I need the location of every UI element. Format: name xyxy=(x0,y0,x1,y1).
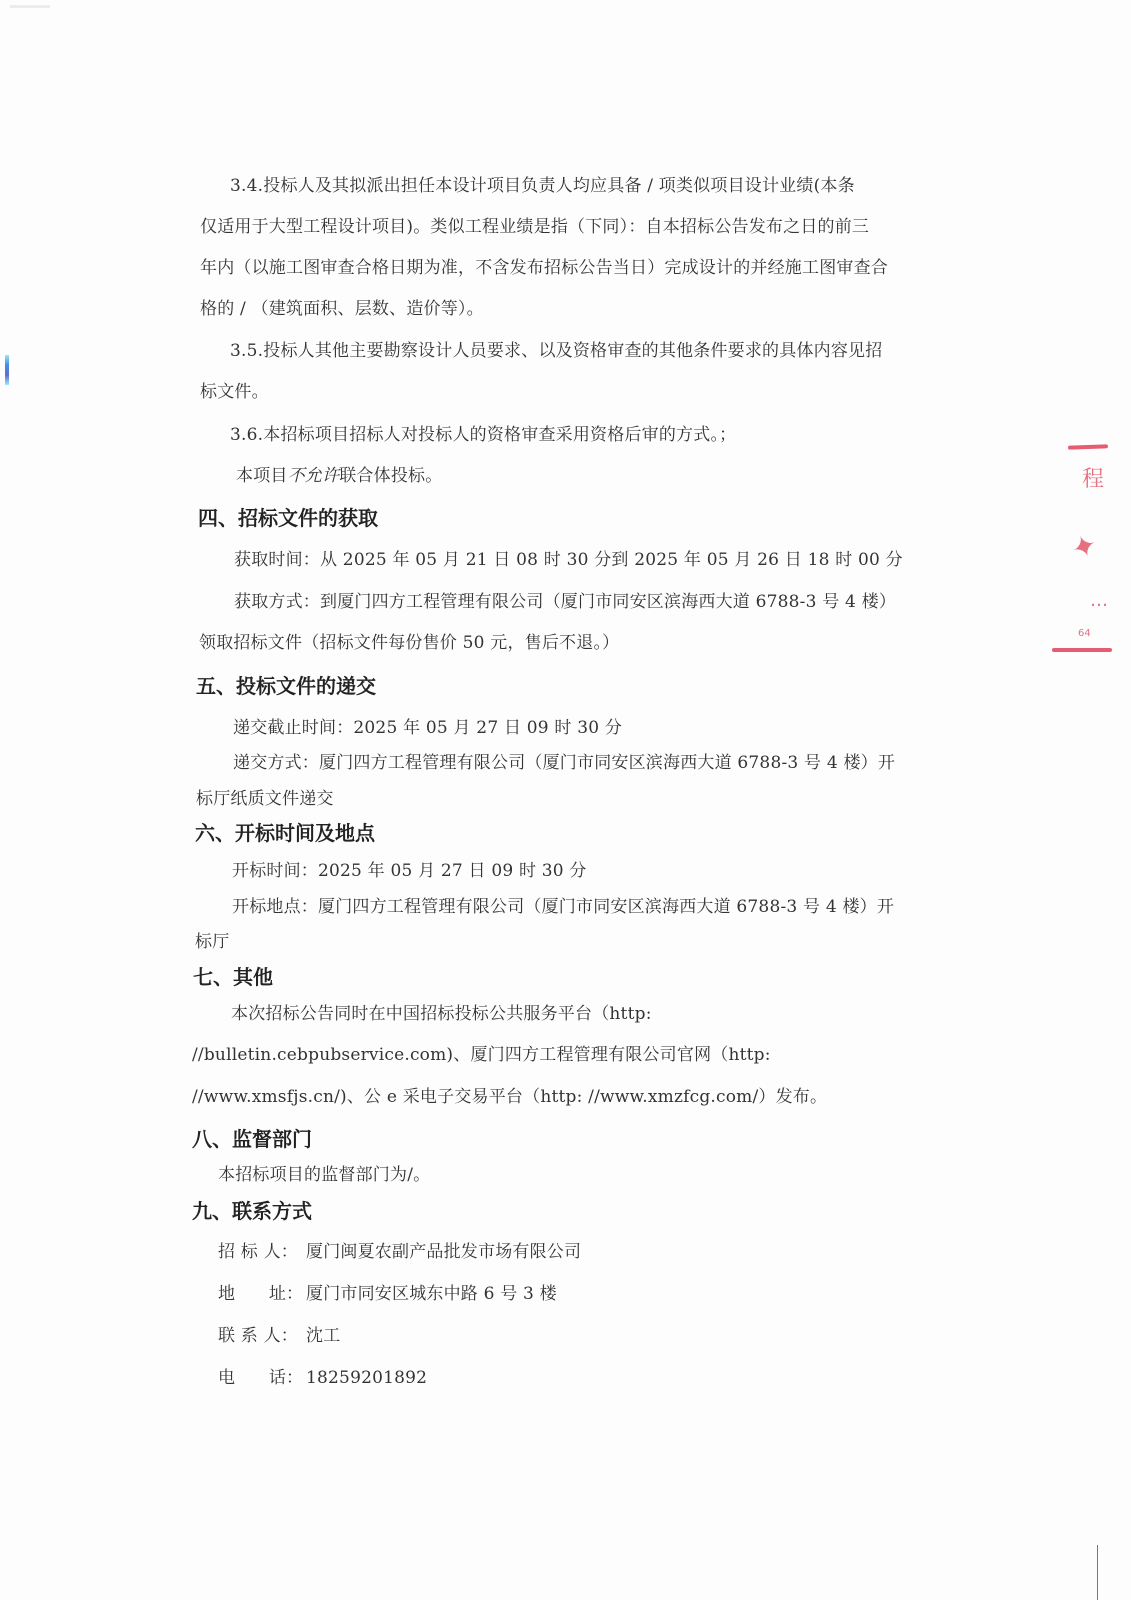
section-8-line-1: 本招标项目的监督部门为/。 xyxy=(218,1164,430,1186)
contact-phone: 电 话：18259201892 xyxy=(218,1367,427,1389)
contact-tenderer-value: 厦门闽夏农副产品批发市场有限公司 xyxy=(306,1242,581,1262)
section-5-line-2: 递交方式：厦门四方工程管理有限公司（厦门市同安区滨海西大道 6788-3 号 4… xyxy=(233,752,895,774)
section-8-heading: 八、监督部门 xyxy=(192,1126,312,1152)
para-3-4-line-3: 年内（以施工图审查合格日期为准，不含发布招标公告当日）完成设计的并经施工图审查合 xyxy=(200,257,888,279)
section-5-line-3: 标厅纸质文件递交 xyxy=(196,788,334,810)
consortium-statement: 本项目不允许联合体投标。 xyxy=(236,465,442,487)
seal-glyph-3: 64 xyxy=(1078,628,1091,639)
scan-speck xyxy=(10,5,50,8)
para-3-6-line-1: 3.6.本招标项目招标人对投标人的资格审查采用资格后审的方式。； xyxy=(230,424,736,446)
contact-address-label: 地 址： xyxy=(218,1283,306,1305)
seal-border-bottom xyxy=(1052,648,1112,652)
consortium-emphasis: 不允许 xyxy=(288,466,340,486)
contact-tenderer: 招 标 人：厦门闽夏农副产品批发市场有限公司 xyxy=(218,1241,581,1263)
contact-address: 地 址：厦门市同安区城东中路 6 号 3 楼 xyxy=(218,1283,557,1305)
section-5-heading: 五、投标文件的递交 xyxy=(196,673,376,699)
seal-glyph-1: 程 xyxy=(1082,462,1104,493)
contact-person-label: 联 系 人： xyxy=(218,1325,306,1347)
section-4-heading: 四、招标文件的获取 xyxy=(198,505,378,531)
consortium-prefix: 本项目 xyxy=(236,466,288,486)
section-4-line-3: 领取招标文件（招标文件每份售价 50 元，售后不退。） xyxy=(199,632,619,654)
contact-phone-label: 电 话： xyxy=(218,1367,306,1389)
section-7-heading: 七、其他 xyxy=(193,964,273,990)
scan-edge-line xyxy=(1097,1545,1098,1600)
para-3-4-line-4: 格的 / （建筑面积、层数、造价等）。 xyxy=(200,298,484,320)
contact-person-value: 沈工 xyxy=(306,1326,340,1346)
scan-edge-mark xyxy=(5,355,9,385)
para-3-5-line-1: 3.5.投标人其他主要勘察设计人员要求、以及资格审查的其他条件要求的具体内容见招 xyxy=(230,340,882,362)
section-7-line-3: //www.xmsfjs.cn/)、公 e 采电子交易平台（http: //ww… xyxy=(192,1086,827,1108)
contact-address-value: 厦门市同安区城东中路 6 号 3 楼 xyxy=(306,1284,557,1304)
para-3-4-line-1: 3.4.投标人及其拟派出担任本设计项目负责人均应具备 / 项类似项目设计业绩(本… xyxy=(230,175,855,197)
section-4-line-1: 获取时间：从 2025 年 05 月 21 日 08 时 30 分到 2025 … xyxy=(234,549,903,571)
seal-border-top xyxy=(1068,444,1108,449)
section-9-heading: 九、联系方式 xyxy=(192,1198,312,1224)
para-3-4-line-2: 仅适用于大型工程设计项目)。类似工程业绩是指（下同）：自本招标公告发布之日的前三 xyxy=(200,216,869,238)
contact-tenderer-label: 招 标 人： xyxy=(218,1241,306,1263)
contact-person: 联 系 人：沈工 xyxy=(218,1325,340,1347)
para-3-5-line-2: 标文件。 xyxy=(200,381,269,403)
scanned-document-page: 3.4.投标人及其拟派出担任本设计项目负责人均应具备 / 项类似项目设计业绩(本… xyxy=(0,0,1131,1600)
section-5-line-1: 递交截止时间：2025 年 05 月 27 日 09 时 30 分 xyxy=(233,717,622,739)
section-6-heading: 六、开标时间及地点 xyxy=(195,820,375,846)
seal-glyph-2: … xyxy=(1090,590,1108,611)
company-seal-stamp: 程 ✦ … 64 xyxy=(1050,440,1131,660)
section-6-line-3: 标厅 xyxy=(195,931,229,953)
section-7-line-1: 本次招标公告同时在中国招标投标公共服务平台（http: xyxy=(231,1003,652,1025)
section-7-line-2: //bulletin.cebpubservice.com)、厦门四方工程管理有限… xyxy=(192,1044,771,1066)
section-6-line-1: 开标时间：2025 年 05 月 27 日 09 时 30 分 xyxy=(232,860,587,882)
section-6-line-2: 开标地点：厦门四方工程管理有限公司（厦门市同安区滨海西大道 6788-3 号 4… xyxy=(232,896,894,918)
consortium-suffix: 联合体投标。 xyxy=(339,466,442,486)
seal-star-icon: ✦ xyxy=(1067,527,1103,568)
section-4-line-2: 获取方式：到厦门四方工程管理有限公司（厦门市同安区滨海西大道 6788-3 号 … xyxy=(234,591,896,613)
contact-phone-value: 18259201892 xyxy=(306,1368,427,1388)
